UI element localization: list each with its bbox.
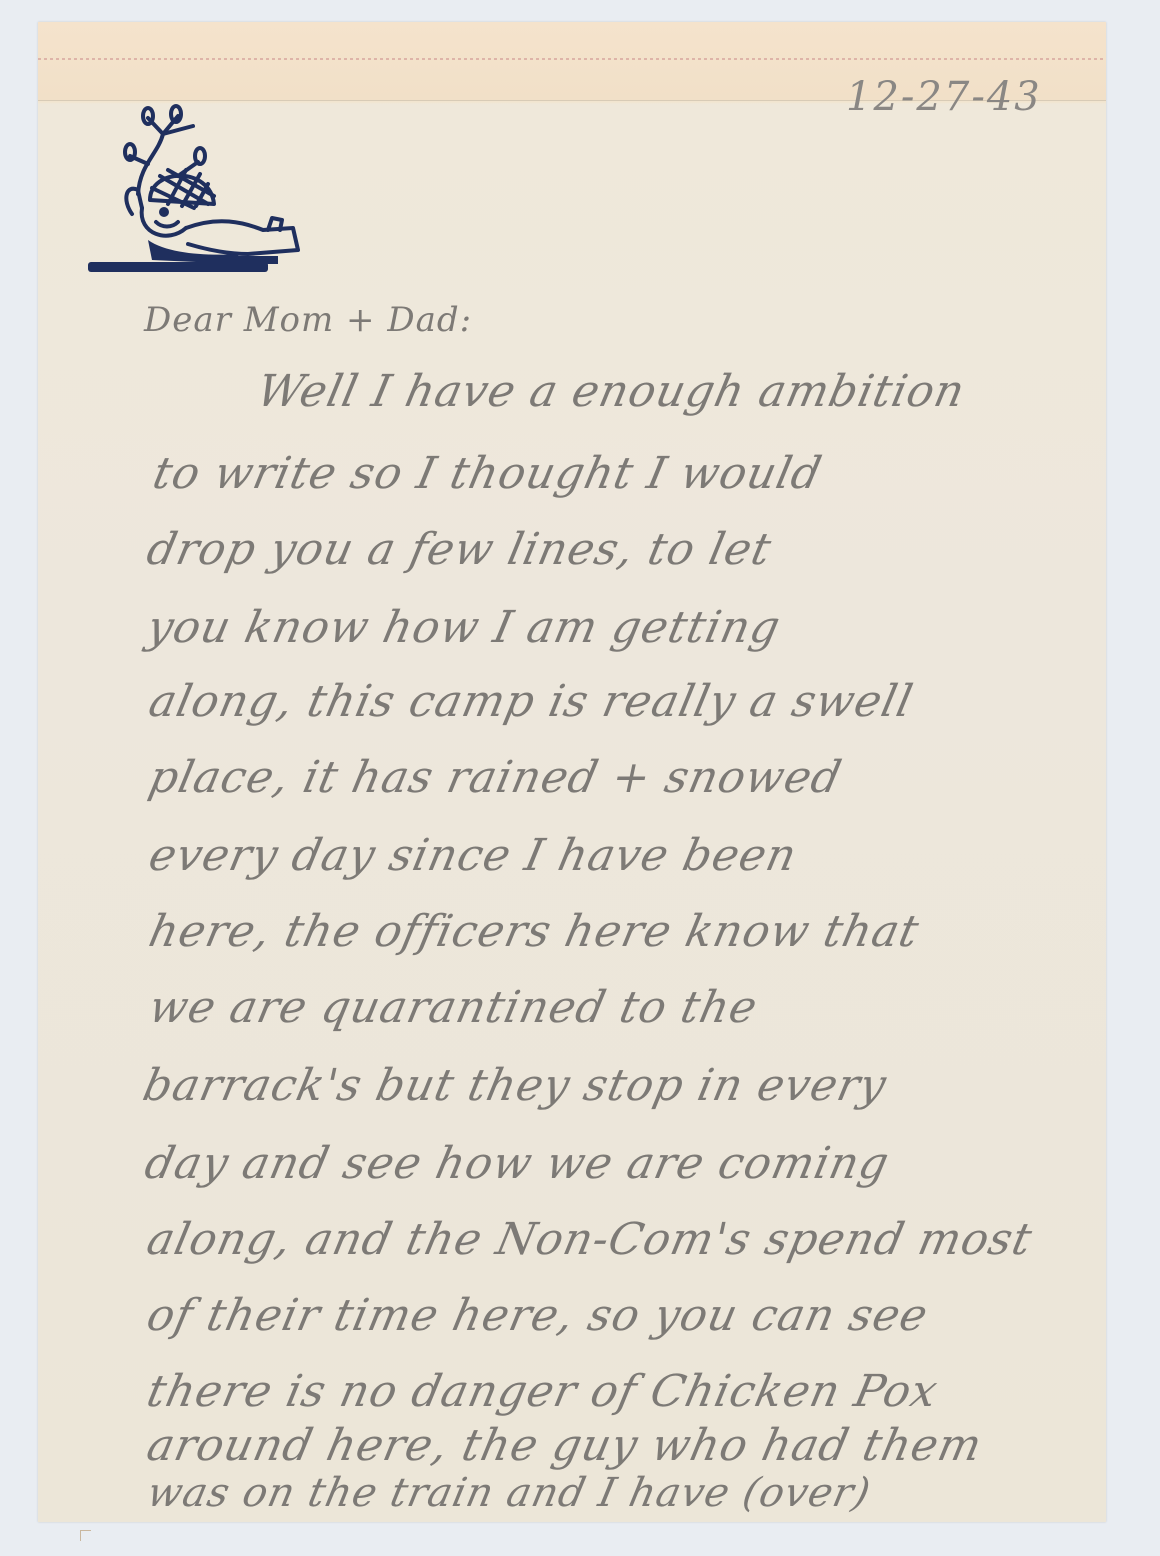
letter-line: to write so I thought I would [149, 448, 827, 499]
letter-line: we are quarantined to the [145, 982, 763, 1033]
letter-line: place, it has rained + snowed [145, 752, 847, 803]
letter-line: you know how I am getting [143, 602, 786, 653]
letter-line: along, and the Non-Com's spend most [143, 1214, 1037, 1265]
perforation-line [38, 58, 1106, 60]
letter-line: here, the officers here know that [145, 906, 924, 957]
letter-line: day and see how we are coming [141, 1138, 894, 1189]
letter-page: 12-27-43 Dear Mom + Dad: Well I have a e… [38, 22, 1106, 1522]
letter-line: drop you a few lines, to let [143, 524, 777, 575]
letter-line: was on the train and I have (over) [143, 1470, 875, 1516]
letter-line: there is no danger of Chicken Pox [143, 1366, 943, 1417]
letter-salutation: Dear Mom + Dad: [144, 300, 472, 340]
letter-line: along, this camp is really a swell [145, 676, 918, 727]
letter-line: around here, the guy who had them [143, 1420, 987, 1471]
letter-line: every day since I have been [145, 830, 802, 881]
letter-date: 12-27-43 [846, 74, 1042, 120]
letter-line: barrack's but they stop in every [139, 1060, 892, 1111]
paper-corner-mark [80, 1530, 91, 1541]
letter-line: Well I have a enough ambition [253, 366, 970, 417]
letter-line: of their time here, so you can see [143, 1290, 933, 1341]
soldier-emblem-icon [68, 104, 308, 284]
